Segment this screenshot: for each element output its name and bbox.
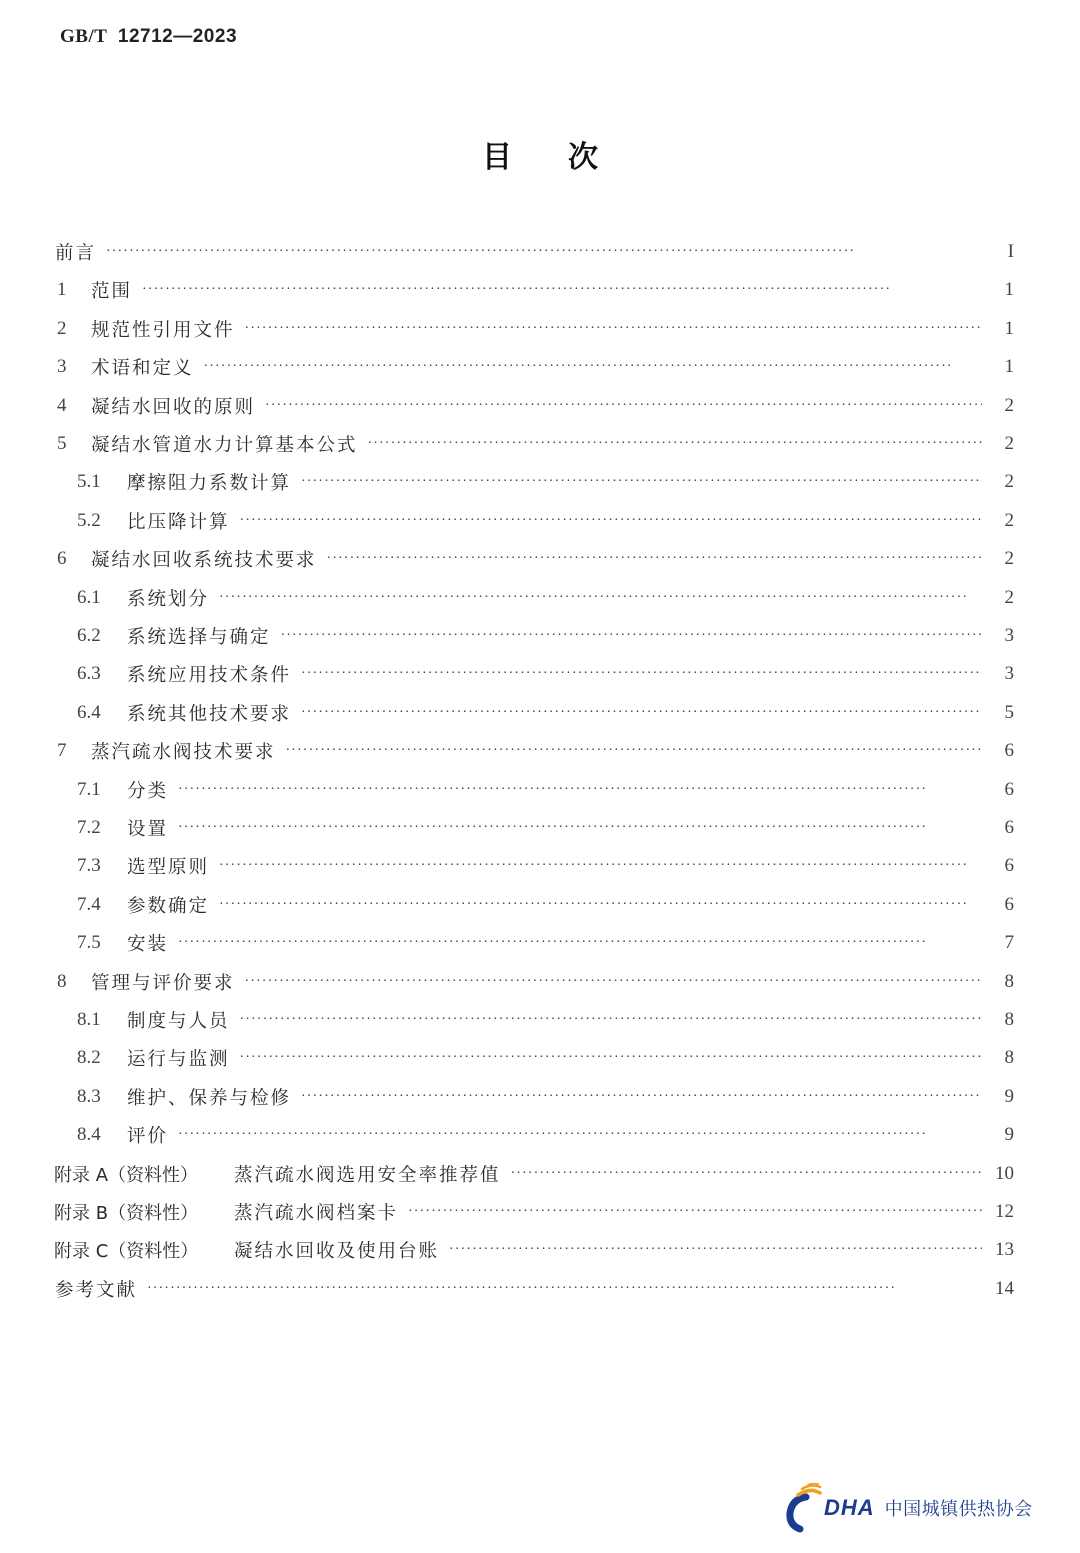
dot-leader: ········································… — [281, 629, 982, 643]
toc-entry[interactable]: 8管理与评价要求································… — [57, 963, 1014, 1001]
toc-entry-title: 蒸汽疏水阀选用安全率推荐值 — [234, 1161, 501, 1187]
toc-entry[interactable]: 5.2比压降计算································… — [77, 502, 1014, 540]
toc-entry[interactable]: 6.2系统选择与确定······························… — [77, 617, 1014, 655]
toc-entry[interactable]: 7.5安装···································… — [77, 924, 1014, 962]
toc-entry-number: 6 — [57, 548, 91, 570]
toc-entry-number: 6.2 — [77, 625, 127, 647]
standard-prefix: GB/T — [60, 26, 107, 47]
toc-entry-number: 7.3 — [77, 855, 127, 877]
toc-entry[interactable]: 6凝结水回收系统技术要求····························… — [57, 540, 1014, 578]
toc-entry-number: 附录 C（资料性） — [54, 1237, 234, 1263]
toc-entry-page: 2 — [988, 510, 1014, 532]
toc-entry[interactable]: 附录 A（资料性）蒸汽疏水阀选用安全率推荐值··················… — [54, 1155, 1014, 1193]
toc-entry-page: 8 — [988, 1047, 1014, 1069]
toc-entry-page: 6 — [988, 894, 1014, 916]
toc-entry-page: 6 — [988, 740, 1014, 762]
toc-entry-page: 3 — [988, 625, 1014, 647]
toc-entry-title: 凝结水回收的原则 — [91, 393, 255, 419]
toc-entry-page: 2 — [988, 395, 1014, 417]
dot-leader: ········································… — [408, 1205, 982, 1219]
toc-entry-number: 7.5 — [77, 932, 127, 954]
toc-entry-title: 参考文献 — [55, 1276, 137, 1302]
dot-leader: ········································… — [240, 514, 982, 528]
toc-entry-title: 安装 — [127, 930, 168, 956]
toc-entry[interactable]: 4凝结水回收的原则·······························… — [57, 387, 1014, 425]
toc-entry[interactable]: 7.3选型原则·································… — [77, 847, 1014, 885]
toc-entry-title: 前言 — [55, 239, 96, 265]
toc-entry-title: 规范性引用文件 — [91, 316, 235, 342]
toc-entry[interactable]: 附录 C（资料性）凝结水回收及使用台账·····················… — [54, 1231, 1014, 1269]
toc-entry-title: 系统划分 — [127, 585, 209, 611]
toc-entry-title: 范围 — [91, 277, 132, 303]
toc-entry[interactable]: 6.3系统应用技术条件·····························… — [77, 655, 1014, 693]
toc-entry-title: 评价 — [127, 1122, 168, 1148]
toc-entry-page: 7 — [988, 932, 1014, 954]
toc-entry-number: 7 — [57, 740, 91, 762]
toc-entry[interactable]: 7.4参数确定·································… — [77, 886, 1014, 924]
toc-entry[interactable]: 5.1摩擦阻力系数计算·····························… — [77, 463, 1014, 501]
toc-entry-page: 8 — [988, 1009, 1014, 1031]
dot-leader: ········································… — [219, 859, 982, 873]
dot-leader: ········································… — [301, 706, 982, 720]
toc-entry-title: 摩擦阻力系数计算 — [127, 469, 291, 495]
dot-leader: ········································… — [511, 1167, 982, 1181]
toc-entry-page: 1 — [988, 356, 1014, 378]
dot-leader: ········································… — [204, 360, 982, 374]
dot-leader: ········································… — [240, 1051, 982, 1065]
title-char-1: 目 — [482, 132, 512, 176]
toc-entry-page: 2 — [988, 433, 1014, 455]
standard-code: GB/T 12712—2023 — [60, 26, 237, 48]
dot-leader: ········································… — [178, 821, 982, 835]
toc-entry-title: 比压降计算 — [127, 508, 230, 534]
toc-entry[interactable]: 附录 B（资料性）蒸汽疏水阀档案卡·······················… — [54, 1193, 1014, 1231]
toc-entry-title: 分类 — [127, 777, 168, 803]
toc-entry[interactable]: 3术语和定义··································… — [57, 348, 1014, 386]
toc-entry-page: 6 — [988, 779, 1014, 801]
toc-entry-page: 9 — [988, 1124, 1014, 1146]
toc-entry-number: 6.4 — [77, 702, 127, 724]
toc-entry-page: 10 — [988, 1163, 1014, 1185]
dot-leader: ········································… — [301, 1090, 982, 1104]
dot-leader: ········································… — [245, 975, 982, 989]
cdha-logo: DHA 中国城镇供热协会 — [784, 1478, 1064, 1538]
standard-number: 12712—2023 — [118, 26, 237, 47]
toc-entry-number: 8.3 — [77, 1086, 127, 1108]
toc-entry-title: 系统应用技术条件 — [127, 661, 291, 687]
toc-entry-title: 蒸汽疏水阀档案卡 — [234, 1199, 398, 1225]
title-char-2: 次 — [568, 132, 598, 176]
toc-entry-page: 13 — [988, 1239, 1014, 1261]
cdha-arc-icon — [784, 1483, 824, 1533]
toc-entry-title: 凝结水回收系统技术要求 — [91, 546, 317, 572]
toc-entry-page: 6 — [988, 817, 1014, 839]
toc-entry-number: 7.1 — [77, 779, 127, 801]
dot-leader: ········································… — [178, 783, 982, 797]
dot-leader: ········································… — [106, 245, 982, 259]
dot-leader: ········································… — [178, 936, 982, 950]
toc-entry-title: 制度与人员 — [127, 1007, 230, 1033]
toc-entry-title: 凝结水回收及使用台账 — [234, 1237, 439, 1263]
toc-entry-number: 8.2 — [77, 1047, 127, 1069]
page-title: 目次 — [0, 132, 1080, 176]
toc-entry-number: 3 — [57, 356, 91, 378]
toc-entry-page: I — [988, 241, 1014, 263]
toc-entry-number: 8 — [57, 971, 91, 993]
toc-entry[interactable]: 8.3维护、保养与检修·····························… — [77, 1078, 1014, 1116]
toc-entry-title: 运行与监测 — [127, 1045, 230, 1071]
toc-entry-page: 1 — [988, 318, 1014, 340]
dot-leader: ········································… — [327, 552, 982, 566]
toc-entry-page: 5 — [988, 702, 1014, 724]
toc-entry[interactable]: 参考文献····································… — [55, 1270, 1014, 1308]
dot-leader: ········································… — [142, 283, 982, 297]
logo-org-name: 中国城镇供热协会 — [885, 1495, 1033, 1521]
toc-entry-page: 9 — [988, 1086, 1014, 1108]
logo-brand: DHA — [824, 1495, 875, 1521]
toc-entry[interactable]: 前言······································… — [55, 233, 1014, 271]
dot-leader: ········································… — [245, 322, 982, 336]
toc-entry[interactable]: 2规范性引用文件································… — [57, 310, 1014, 348]
toc-entry-title: 凝结水管道水力计算基本公式 — [91, 431, 358, 457]
toc-entry-title: 参数确定 — [127, 892, 209, 918]
toc-entry-number: 5 — [57, 433, 91, 455]
dot-leader: ········································… — [286, 744, 982, 758]
dot-leader: ········································… — [147, 1282, 982, 1296]
toc-entry[interactable]: 8.4评价···································… — [77, 1116, 1014, 1154]
toc-entry[interactable]: 7蒸汽疏水阀技术要求······························… — [57, 732, 1014, 770]
toc-entry-number: 6.1 — [77, 587, 127, 609]
toc-entry-number: 5.2 — [77, 510, 127, 532]
dot-leader: ········································… — [219, 898, 982, 912]
toc-entry-page: 2 — [988, 548, 1014, 570]
toc-entry-number: 5.1 — [77, 471, 127, 493]
toc-entry-page: 6 — [988, 855, 1014, 877]
toc-entry[interactable]: 5凝结水管道水力计算基本公式··························… — [57, 425, 1014, 463]
toc-entry-number: 4 — [57, 395, 91, 417]
toc-entry-page: 2 — [988, 471, 1014, 493]
toc-entry-number: 8.1 — [77, 1009, 127, 1031]
toc-entry[interactable]: 1范围·····································… — [57, 271, 1014, 309]
toc-entry-number: 7.2 — [77, 817, 127, 839]
toc-entry-title: 系统其他技术要求 — [127, 700, 291, 726]
toc-entry-title: 蒸汽疏水阀技术要求 — [91, 738, 276, 764]
dot-leader: ········································… — [178, 1128, 982, 1142]
toc-entry[interactable]: 8.2运行与监测································… — [77, 1039, 1014, 1077]
toc-entry-title: 选型原则 — [127, 853, 209, 879]
toc-entry[interactable]: 6.1系统划分·································… — [77, 579, 1014, 617]
toc-entry-number: 8.4 — [77, 1124, 127, 1146]
toc-entry-page: 8 — [988, 971, 1014, 993]
toc-entry-title: 术语和定义 — [91, 354, 194, 380]
toc-entry[interactable]: 7.1分类···································… — [77, 771, 1014, 809]
toc-entry-number: 1 — [57, 279, 91, 301]
toc-entry-number: 附录 B（资料性） — [54, 1199, 234, 1225]
dot-leader: ········································… — [240, 1013, 982, 1027]
toc-entry-number: 附录 A（资料性） — [54, 1161, 234, 1187]
dot-leader: ········································… — [368, 437, 982, 451]
toc-entry-page: 14 — [988, 1278, 1014, 1300]
dot-leader: ········································… — [219, 591, 982, 605]
toc-entry[interactable]: 6.4系统其他技术要求·····························… — [77, 694, 1014, 732]
dot-leader: ········································… — [265, 399, 982, 413]
toc-entry-page: 12 — [988, 1201, 1014, 1223]
dot-leader: ········································… — [449, 1243, 982, 1257]
toc-entry-number: 6.3 — [77, 663, 127, 685]
toc-entry-title: 管理与评价要求 — [91, 969, 235, 995]
toc-entry-page: 1 — [988, 279, 1014, 301]
toc-entry[interactable]: 7.2设置···································… — [77, 809, 1014, 847]
dot-leader: ········································… — [301, 667, 982, 681]
toc-entry-title: 系统选择与确定 — [127, 623, 271, 649]
toc-entry-title: 设置 — [127, 815, 168, 841]
toc-entry-number: 7.4 — [77, 894, 127, 916]
toc-entry-number: 2 — [57, 318, 91, 340]
toc-entry-page: 2 — [988, 587, 1014, 609]
toc-entry-page: 3 — [988, 663, 1014, 685]
toc-entry[interactable]: 8.1制度与人员································… — [77, 1001, 1014, 1039]
dot-leader: ········································… — [301, 475, 982, 489]
toc-entry-title: 维护、保养与检修 — [127, 1084, 291, 1110]
